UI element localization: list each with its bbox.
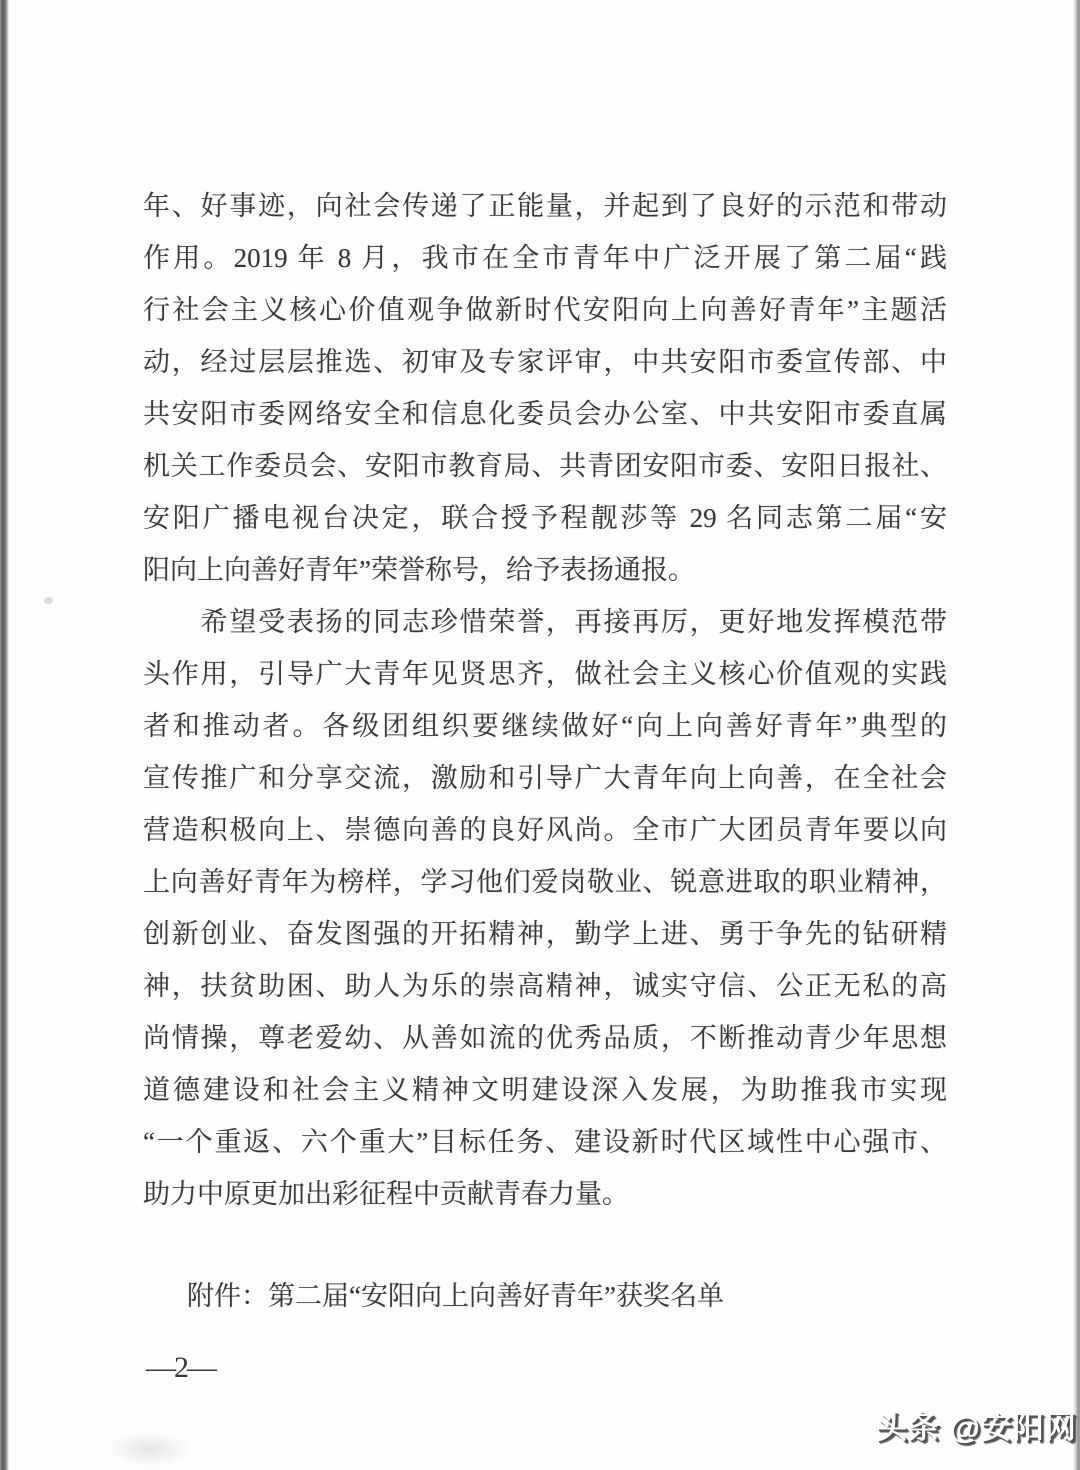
paragraph-1: 年、好事迹，向社会传递了正能量，并起到了良好的示范和带动作用。2019 年 8 … [143, 180, 947, 596]
text-line: 安阳广播电视台决定，联合授予程靓莎等 29 名同志第二届“安 [143, 492, 947, 544]
document-page: 年、好事迹，向社会传递了正能量，并起到了良好的示范和带动作用。2019 年 8 … [0, 0, 1080, 1470]
text-line: 年、好事迹，向社会传递了正能量，并起到了良好的示范和带动 [143, 180, 947, 232]
page-number: —2— [146, 1348, 215, 1388]
attachment-line: 附件：第二届“安阳向上向善好青年”获奖名单 [143, 1270, 1047, 1322]
scan-edge-left [0, 0, 9, 1470]
paragraph-2: 希望受表扬的同志珍惜荣誉，再接再厉，更好地发挥模范带头作用，引导广大青年见贤思齐… [143, 596, 947, 1220]
text-line: 营造积极向上、崇德向善的良好风尚。全市广大团员青年要以向 [143, 804, 947, 856]
text-line: 尚情操，尊老爱幼、从善如流的优秀品质，不断推动青少年思想 [143, 1012, 947, 1064]
text-line: 希望受表扬的同志珍惜荣誉，再接再厉，更好地发挥模范带 [143, 596, 947, 648]
document-body: 年、好事迹，向社会传递了正能量，并起到了良好的示范和带动作用。2019 年 8 … [143, 180, 947, 1220]
text-line: 神，扶贫助困、助人为乐的崇高精神，诚实守信、公正无私的高 [143, 960, 947, 1012]
text-line: 作用。2019 年 8 月，我市在全市青年中广泛开展了第二届“践 [143, 232, 947, 284]
text-line: 机关工作委员会、安阳市教育局、共青团安阳市委、安阳日报社、 [143, 440, 947, 492]
scan-edge-right [1073, 0, 1080, 1470]
scan-speck [44, 597, 53, 604]
text-line: 宣传推广和分享交流，激励和引导广大青年向上向善，在全社会 [143, 752, 947, 804]
text-line: 道德建设和社会主义精神文明建设深入发展，为助推我市实现 [143, 1064, 947, 1116]
text-line: 动，经过层层推选、初审及专家评审，中共安阳市委宣传部、中 [143, 336, 947, 388]
text-line: 阳向上向善好青年”荣誉称号，给予表扬通报。 [143, 544, 947, 596]
scan-smudge [110, 1432, 190, 1466]
text-line: “一个重返、六个重大”目标任务、建设新时代区域性中心强市、 [143, 1116, 947, 1168]
text-line: 共安阳市委网络安全和信息化委员会办公室、中共安阳市委直属 [143, 388, 947, 440]
text-line: 行社会主义核心价值观争做新时代安阳向上向善好青年”主题活 [143, 284, 947, 336]
watermark: 头条 @安阳网 [876, 1408, 1077, 1448]
text-line: 者和推动者。各级团组织要继续做好“向上向善好青年”典型的 [143, 700, 947, 752]
text-line: 上向善好青年为榜样，学习他们爱岗敬业、锐意进取的职业精神， [143, 856, 947, 908]
text-line: 创新创业、奋发图强的开拓精神，勤学上进、勇于争先的钻研精 [143, 908, 947, 960]
text-line: 助力中原更加出彩征程中贡献青春力量。 [143, 1168, 947, 1220]
text-line: 头作用，引导广大青年见贤思齐，做社会主义核心价值观的实践 [143, 648, 947, 700]
